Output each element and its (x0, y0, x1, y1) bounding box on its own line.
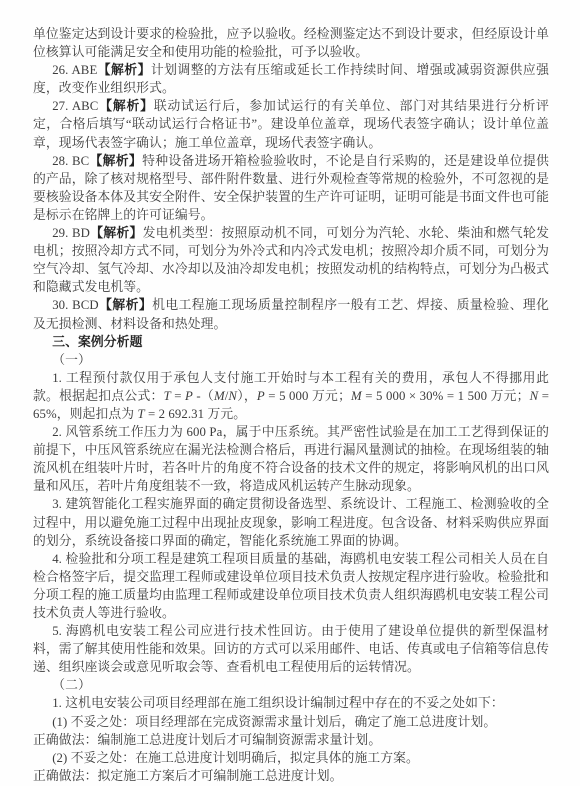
answer-30: 30. BCD【解析】机电工程施工现场质量控制程序一般有工艺、焊接、质量检验、理… (33, 296, 549, 332)
case-2-label: （二） (33, 676, 549, 694)
text-run: 三、案例分析题 (52, 334, 142, 349)
text-run: 5. 海鸥机电安装工程公司应进行技术性回访。由于使用了建设单位提供的新型保温材料… (33, 624, 549, 674)
text-run: 2. 风管系统工作压力为 600 Pa，属于中压系统。其严密性试验是在加工工艺得… (33, 425, 549, 493)
text-run: 30. BCD (52, 298, 99, 312)
text-run: = 5 000 万元； (265, 389, 351, 403)
formula-variable: N (228, 389, 237, 403)
case-2-issue-2: (2) 不妥之处：在施工总进度计划明确后，拟定具体的施工方案。 (33, 749, 549, 767)
text-run: 3. 建筑智能化工程实施界面的确定贯彻设备选型、系统设计、工程施工、检测验收的全… (33, 497, 549, 547)
formula-variable: T (164, 389, 171, 403)
analysis-label: 【解析】 (99, 297, 152, 312)
formula-variable: M (351, 389, 362, 403)
text-run: 正确做法：拟定施工方案后才可编制施工总进度计划。 (33, 769, 343, 783)
document-text-block: 单位鉴定达到设计要求的检验批，应予以验收。经检测鉴定达不到设计要求，但经原设计单… (33, 25, 549, 785)
text-run: -（ (193, 389, 214, 403)
formula-variable: P (257, 389, 265, 403)
answer-29: 29. BD【解析】发电机类型：按照原动机不同，可划分为汽轮、水轮、柴油和燃气轮… (33, 224, 549, 296)
case-2-correct-1: 正确做法：编制施工总进度计划后才可编制资源需求量计划。 (33, 731, 549, 749)
text-run: 单位鉴定达到设计要求的检验批，应予以验收。经检测鉴定达不到设计要求，但经原设计单… (33, 27, 549, 59)
text-run: ）， (237, 389, 257, 403)
text-run: (1) 不妥之处：项目经理部在完成资源需求量计划后，确定了施工总进度计划。 (52, 715, 496, 729)
text-run: 28. BC (52, 154, 89, 168)
analysis-label: 【解析】 (89, 153, 142, 168)
case-1-answer-1: 1. 工程预付款仅用于承包人支付施工开始时与本工程有关的费用，承包人不得挪用此款… (33, 369, 549, 423)
formula-variable: P (185, 389, 193, 403)
text-run: 26. ABE (52, 63, 97, 77)
formula-variable: N (530, 389, 539, 403)
formula-variable: M (214, 389, 225, 403)
case-1-answer-4: 4. 检验批和分项工程是建筑工程项目质量的基础，海鸥机电安装工程公司相关人员在自… (33, 550, 549, 622)
scanned-document-page: 单位鉴定达到设计要求的检验批，应予以验收。经检测鉴定达不到设计要求，但经原设计单… (0, 0, 580, 786)
case-1-answer-5: 5. 海鸥机电安装工程公司应进行技术性回访。由于使用了建设单位提供的新型保温材料… (33, 622, 549, 676)
case-1-answer-2: 2. 风管系统工作压力为 600 Pa，属于中压系统。其严密性试验是在加工工艺得… (33, 423, 549, 495)
answer-28: 28. BC【解析】特种设备进场开箱检验验收时，不论是自行采购的，还是建设单位提… (33, 152, 549, 224)
case-2-correct-2: 正确做法：拟定施工方案后才可编制施工总进度计划。 (33, 767, 549, 785)
analysis-label: 【解析】 (98, 98, 153, 113)
text-run: 27. ABC (52, 99, 98, 113)
text-run: 正确做法：编制施工总进度计划后才可编制资源需求量计划。 (33, 733, 381, 747)
text-run: （一） (52, 353, 91, 367)
formula-variable: T (137, 407, 144, 421)
analysis-label: 【解析】 (90, 225, 143, 240)
continuation-from-previous-page: 单位鉴定达到设计要求的检验批，应予以验收。经检测鉴定达不到设计要求，但经原设计单… (33, 25, 549, 61)
case-1-label: （一） (33, 351, 549, 369)
answer-26: 26. ABE【解析】计划调整的方法有压缩或延长工作持续时间、增强或减弱资源供应… (33, 61, 549, 97)
text-run: = 2 692.31 万元。 (145, 407, 247, 421)
text-run: = (171, 389, 185, 403)
section-heading-case-analysis: 三、案例分析题 (33, 333, 549, 351)
text-run: 4. 检验批和分项工程是建筑工程项目质量的基础，海鸥机电安装工程公司相关人员在自… (33, 552, 549, 620)
text-run: = 5 000 × 30% = 1 500 万元； (362, 389, 530, 403)
analysis-label: 【解析】 (97, 62, 151, 77)
case-1-answer-3: 3. 建筑智能化工程实施界面的确定贯彻设备选型、系统设计、工程施工、检测验收的全… (33, 495, 549, 549)
case-2-answer-1: 1. 这机电安装公司项目经理部在施工组织设计编制过程中存在的不妥之处如下： (33, 694, 549, 712)
text-run: （二） (52, 678, 91, 692)
text-run: 1. 这机电安装公司项目经理部在施工组织设计编制过程中存在的不妥之处如下： (52, 696, 504, 710)
text-run: 29. BD (52, 226, 90, 240)
text-run: (2) 不妥之处：在施工总进度计划明确后，拟定具体的施工方案。 (52, 751, 419, 765)
answer-27: 27. ABC【解析】联动试运行后，参加试运行的有关单位、部门对其结果进行分析评… (33, 97, 549, 151)
case-2-issue-1: (1) 不妥之处：项目经理部在完成资源需求量计划后，确定了施工总进度计划。 (33, 713, 549, 731)
